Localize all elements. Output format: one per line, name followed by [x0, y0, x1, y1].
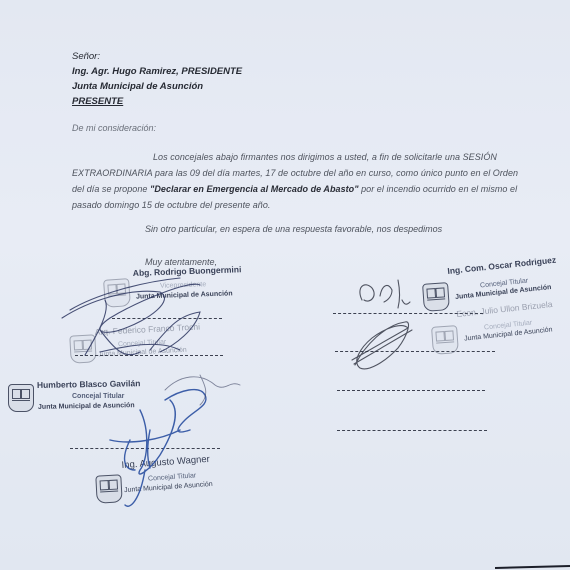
municipal-seal-icon [103, 278, 131, 308]
recipient-org: Junta Municipal de Asunción [72, 79, 203, 94]
municipal-seal-icon [95, 474, 122, 503]
scanned-letter-page: Señor: Ing. Agr. Hugo Ramirez, PRESIDENT… [0, 0, 570, 570]
signatory-role: Concejal Titular [148, 472, 197, 482]
body-line-2: EXTRAORDINARIA para las 09 del día marte… [72, 165, 518, 182]
greeting: De mi consideración: [72, 123, 156, 133]
signature-line [75, 355, 223, 356]
signatory-role: Concejal Titular [118, 339, 167, 349]
municipal-seal-icon [69, 334, 96, 363]
body-line-3-pre: del día se propone [72, 184, 150, 194]
signatory-org: Junta Municipal de Asunción [124, 481, 213, 494]
presente-label: PRESENTE [72, 94, 123, 109]
signatory-name: Ing. Augusto Wagner [121, 454, 210, 471]
signatory-name: Arq. Federico Franco Trochi [94, 321, 200, 337]
body-line-3-post: por el incendio ocurrido en el mismo el [359, 184, 518, 194]
signature-line [112, 318, 222, 319]
signatory-org: Junta Municipal de Asunción [98, 347, 187, 359]
body-line-1: Los concejales abajo firmantes nos dirig… [153, 149, 497, 166]
signature-line [337, 430, 487, 431]
closing-line: Sin otro particular, en espera de una re… [145, 224, 442, 234]
body-line-3-emphasis: "Declarar en Emergencia al Mercado de Ab… [150, 184, 359, 194]
signatory-name: Econ. Julio Ullon Brizuela [456, 299, 553, 319]
signatory-org: Junta Municipal de Asunción [38, 402, 135, 411]
municipal-seal-icon [8, 384, 34, 412]
signatory-org: Junta Municipal de Asunción [136, 290, 233, 300]
signatory-role: Vicepresidente [160, 281, 206, 290]
signatory-name: Humberto Blasco Gavilán [37, 378, 141, 390]
signature-line [335, 351, 495, 352]
body-line-3: del día se propone "Declarar en Emergenc… [72, 181, 517, 198]
signature-line [70, 448, 220, 449]
page-edge-shadow [495, 565, 570, 569]
signatory-role: Concejal Titular [72, 393, 124, 400]
salutation: Señor: [72, 49, 100, 64]
signatory-name: Ing. Com. Oscar Rodriguez [447, 255, 557, 276]
body-line-4: pasado domingo 15 de octubre del present… [72, 197, 270, 214]
municipal-seal-icon [422, 282, 450, 312]
signature-line [337, 390, 485, 391]
recipient-name: Ing. Agr. Hugo Ramirez, PRESIDENTE [72, 64, 242, 79]
